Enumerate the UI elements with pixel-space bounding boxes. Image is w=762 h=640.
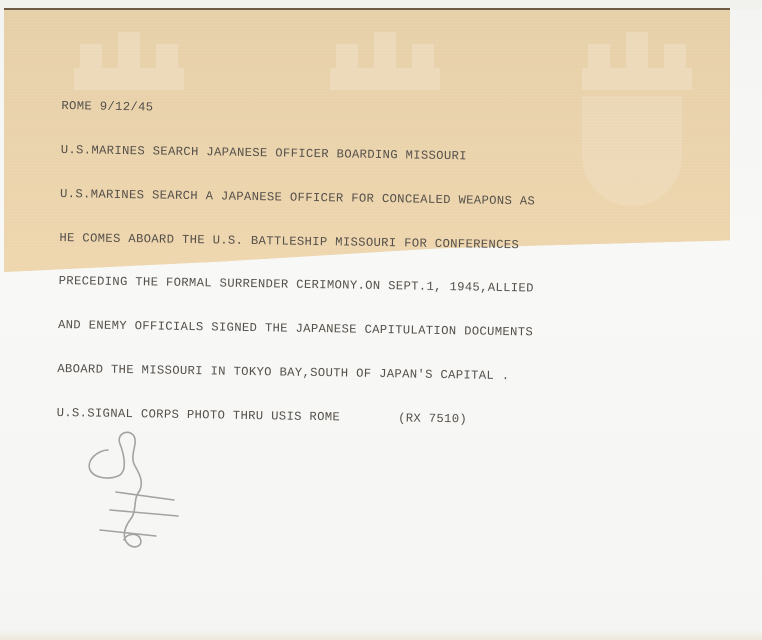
bottom-edge [0,630,762,640]
caption-reference: (RX 7510) [398,411,467,427]
caption-body-line: HE COMES ABOARD THE U.S. BATTLESHIP MISS… [59,231,679,255]
caption-dateline: ROME 9/12/45 [61,99,681,123]
caption-body-line: ABOARD THE MISSOURI IN TOKYO BAY,SOUTH O… [57,362,677,386]
pencil-signature-icon [78,420,198,570]
caption-body-line: U.S.MARINES SEARCH A JAPANESE OFFICER FO… [60,187,680,211]
caption-body-line: PRECEDING THE FORMAL SURRENDER CERIMONY.… [59,274,679,298]
typed-caption: ROME 9/12/45 U.S.MARINES SEARCH JAPANESE… [56,70,682,445]
caption-headline: U.S.MARINES SEARCH JAPANESE OFFICER BOAR… [61,143,681,167]
caption-body-line: AND ENEMY OFFICIALS SIGNED THE JAPANESE … [58,318,678,342]
